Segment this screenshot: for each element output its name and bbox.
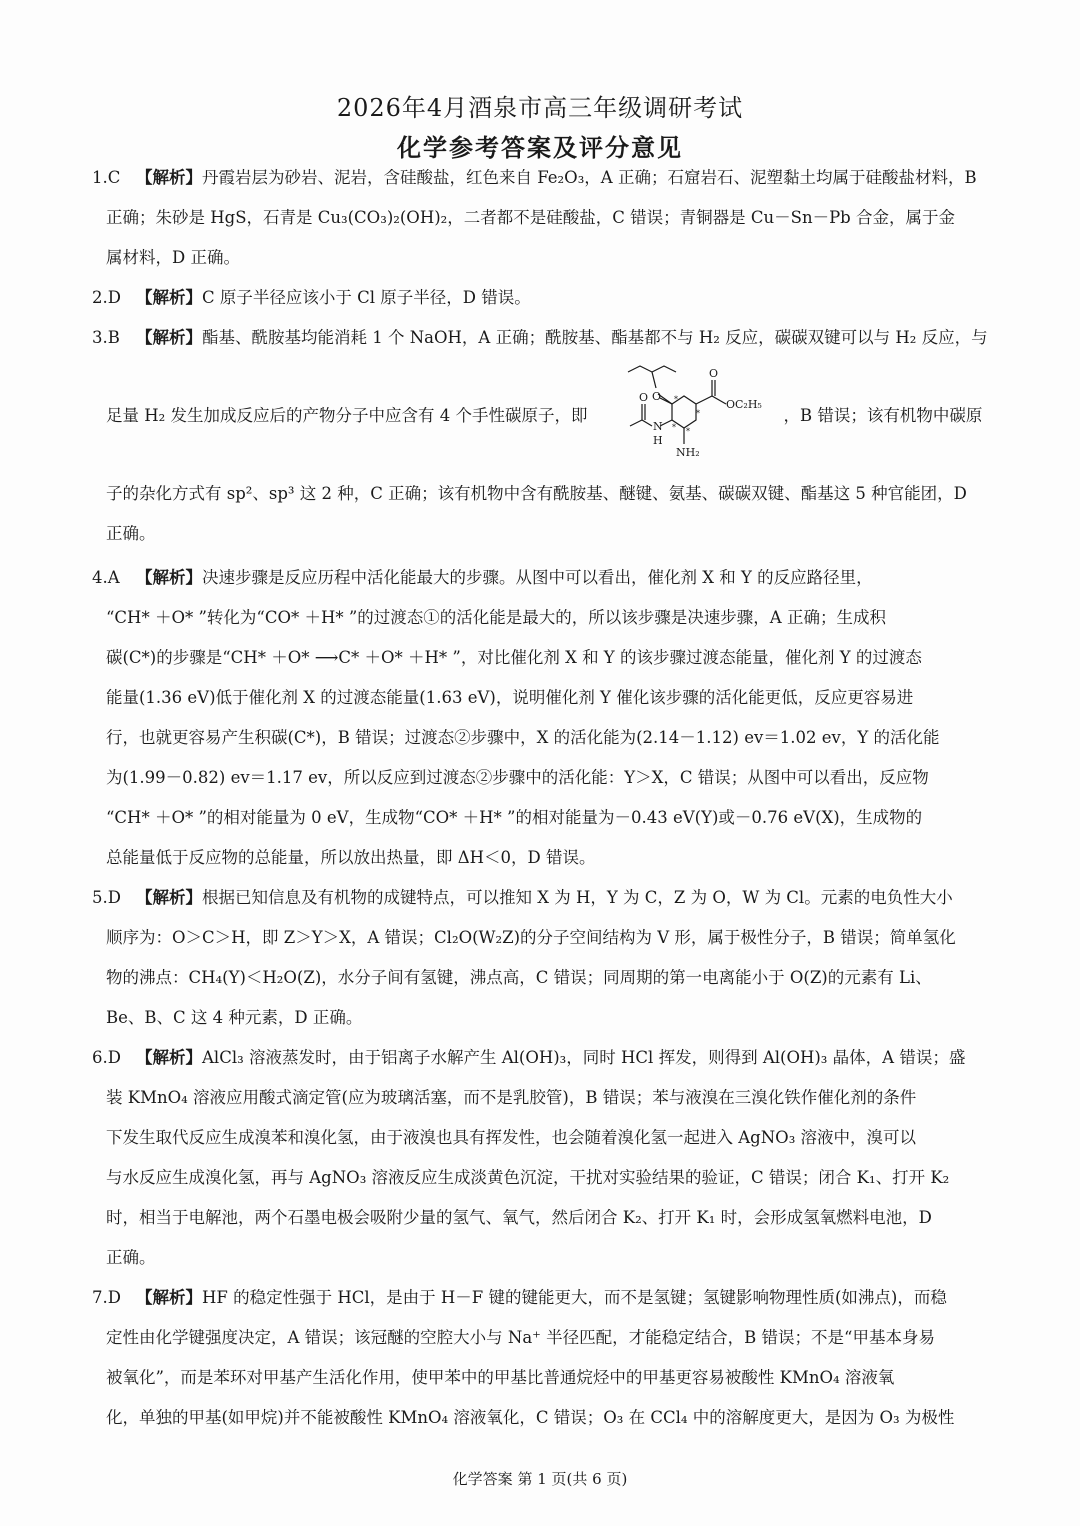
answer-text: ，B 错误；该有机物中碳原 bbox=[783, 406, 982, 425]
answer-text: 正确。 bbox=[92, 1238, 992, 1278]
svg-text:O: O bbox=[639, 391, 648, 404]
svg-text:*: * bbox=[672, 423, 676, 432]
answer-text: 被氧化”，而是苯环对甲基产生活化作用，使甲苯中的甲基比普通烷烃中的甲基更容易被酸… bbox=[92, 1358, 992, 1398]
answer-text: 时，相当于电解池，两个石墨电极会吸附少量的氢气、氧气，然后闭合 K₂、打开 K₁… bbox=[92, 1198, 992, 1238]
analysis-tag: 【解析】 bbox=[136, 1288, 202, 1307]
svg-text:OC₂H₅: OC₂H₅ bbox=[726, 398, 762, 411]
answer-text: 化，单独的甲基(如甲烷)并不能被酸性 KMnO₄ 溶液氧化，C 错误；O₃ 在 … bbox=[92, 1398, 992, 1438]
answer-text: 装 KMnO₄ 溶液应用酸式滴定管(应为玻璃活塞，而不是乳胶管)，B 错误；苯与… bbox=[92, 1078, 992, 1118]
answer-item-5: 5.D【解析】根据已知信息及有机物的成键特点，可以推知 X 为 H，Y 为 C，… bbox=[92, 878, 992, 1038]
analysis-tag: 【解析】 bbox=[136, 168, 202, 187]
answer-number: 5.D bbox=[92, 878, 136, 918]
answer-number: 2.D bbox=[92, 278, 136, 318]
answer-text: 正确；朱砂是 HgS，石青是 Cu₃(CO₃)₂(OH)₂，二者都不是硅酸盐，C… bbox=[92, 198, 992, 238]
answer-text: “CH* ＋O* ”的相对能量为 0 eV，生成物“CO* ＋H* ”的相对能量… bbox=[92, 798, 992, 838]
answer-text: 总能量低于反应物的总能量，所以放出热量，即 ΔH＜0，D 错误。 bbox=[92, 838, 992, 878]
answer-number: 3.B bbox=[92, 318, 136, 358]
chiral-molecule-structure: O O O OC₂H₅ N H NH₂ * * * * bbox=[620, 358, 800, 473]
answer-text: 顺序为：O＞C＞H，即 Z＞Y＞X，A 错误；Cl₂O(W₂Z)的分子空间结构为… bbox=[92, 918, 992, 958]
answer-text: “CH* ＋O* ”转化为“CO* ＋H* ”的过渡态①的活化能是最大的，所以该… bbox=[92, 598, 992, 638]
answer-text: 能量(1.36 eV)低于催化剂 X 的过渡态能量(1.63 eV)，说明催化剂… bbox=[92, 678, 992, 718]
answer-item-7: 7.D【解析】HF 的稳定性强于 HCl，是由于 H－F 键的键能更大，而不是氢… bbox=[92, 1278, 992, 1438]
answer-text: 丹霞岩层为砂岩、泥岩，含硅酸盐，红色来自 Fe₂O₃，A 正确；石窟岩石、泥塑黏… bbox=[202, 168, 977, 187]
answer-item-3: 3.B【解析】酯基、酰胺基均能消耗 1 个 NaOH，A 正确；酰胺基、酯基都不… bbox=[92, 318, 992, 554]
svg-text:H: H bbox=[653, 434, 663, 447]
answer-text: 碳(C*)的步骤是“CH* ＋O* ⟶C* ＋O* ＋H* ”，对比催化剂 X … bbox=[92, 638, 992, 678]
page-footer: 化学答案 第 1 页(共 6 页) bbox=[0, 1468, 1080, 1489]
answer-text: 下发生取代反应生成溴苯和溴化氢，由于液溴也具有挥发性，也会随着溴化氢一起进入 A… bbox=[92, 1118, 992, 1158]
answer-text: AlCl₃ 溶液蒸发时，由于铝离子水解产生 Al(OH)₃，同时 HCl 挥发，… bbox=[202, 1048, 965, 1067]
answer-number: 4.A bbox=[92, 558, 136, 598]
answer-text: 物的沸点：CH₄(Y)＜H₂O(Z)，水分子间有氢键，沸点高，C 错误；同周期的… bbox=[92, 958, 992, 998]
answer-text: 为(1.99－0.82) ev＝1.17 ev，所以反应到过渡态②步骤中的活化能… bbox=[92, 758, 992, 798]
analysis-tag: 【解析】 bbox=[136, 888, 202, 907]
answer-text: 子的杂化方式有 sp²、sp³ 这 2 种，C 正确；该有机物中含有酰胺基、醚键… bbox=[92, 474, 992, 514]
svg-text:*: * bbox=[686, 427, 690, 436]
answer-item-2: 2.D【解析】C 原子半径应该小于 Cl 原子半径，D 错误。 bbox=[92, 278, 992, 318]
answer-text: 定性由化学键强度决定，A 错误；该冠醚的空腔大小与 Na⁺ 半径匹配，才能稳定结… bbox=[92, 1318, 992, 1358]
answer-item-6: 6.D【解析】AlCl₃ 溶液蒸发时，由于铝离子水解产生 Al(OH)₃，同时 … bbox=[92, 1038, 992, 1278]
answer-number: 6.D bbox=[92, 1038, 136, 1078]
answer-text: 酯基、酰胺基均能消耗 1 个 NaOH，A 正确；酰胺基、酯基都不与 H₂ 反应… bbox=[202, 328, 988, 347]
svg-text:*: * bbox=[674, 395, 678, 404]
analysis-tag: 【解析】 bbox=[136, 328, 202, 347]
analysis-tag: 【解析】 bbox=[136, 568, 202, 587]
answer-text: C 原子半径应该小于 Cl 原子半径，D 错误。 bbox=[202, 288, 531, 307]
exam-title: 2026年4月酒泉市高三年级调研考试 bbox=[0, 88, 1080, 123]
answer-text: HF 的稳定性强于 HCl，是由于 H－F 键的键能更大，而不是氢键；氢键影响物… bbox=[202, 1288, 947, 1307]
answer-number: 1.C bbox=[92, 158, 136, 198]
answer-text: 足量 H₂ 发生加成反应后的产物分子中应含有 4 个手性碳原子，即 bbox=[106, 406, 587, 425]
answer-text: 与水反应生成溴化氢，再与 AgNO₃ 溶液反应生成淡黄色沉淀，干扰对实验结果的验… bbox=[92, 1158, 992, 1198]
svg-text:N: N bbox=[653, 420, 663, 433]
answer-text: 根据已知信息及有机物的成键特点，可以推知 X 为 H，Y 为 C，Z 为 O，W… bbox=[202, 888, 953, 907]
svg-text:O: O bbox=[709, 367, 718, 380]
svg-text:O: O bbox=[652, 390, 661, 403]
answer-text: Be、B、C 这 4 种元素，D 正确。 bbox=[92, 998, 992, 1038]
answer-item-1: 1.C【解析】丹霞岩层为砂岩、泥岩，含硅酸盐，红色来自 Fe₂O₃，A 正确；石… bbox=[92, 158, 992, 278]
answer-text: 属材料，D 正确。 bbox=[92, 238, 992, 278]
answer-text: 正确。 bbox=[92, 514, 992, 554]
answer-number: 7.D bbox=[92, 1278, 136, 1318]
answer-item-4: 4.A【解析】决速步骤是反应历程中活化能最大的步骤。从图中可以看出，催化剂 X … bbox=[92, 558, 992, 878]
svg-text:*: * bbox=[696, 409, 700, 418]
svg-text:NH₂: NH₂ bbox=[676, 446, 700, 459]
analysis-tag: 【解析】 bbox=[136, 288, 202, 307]
answer-text: 决速步骤是反应历程中活化能最大的步骤。从图中可以看出，催化剂 X 和 Y 的反应… bbox=[202, 568, 873, 587]
answer-text: 行，也就更容易产生积碳(C*)，B 错误；过渡态②步骤中，X 的活化能为(2.1… bbox=[92, 718, 992, 758]
analysis-tag: 【解析】 bbox=[136, 1048, 202, 1067]
